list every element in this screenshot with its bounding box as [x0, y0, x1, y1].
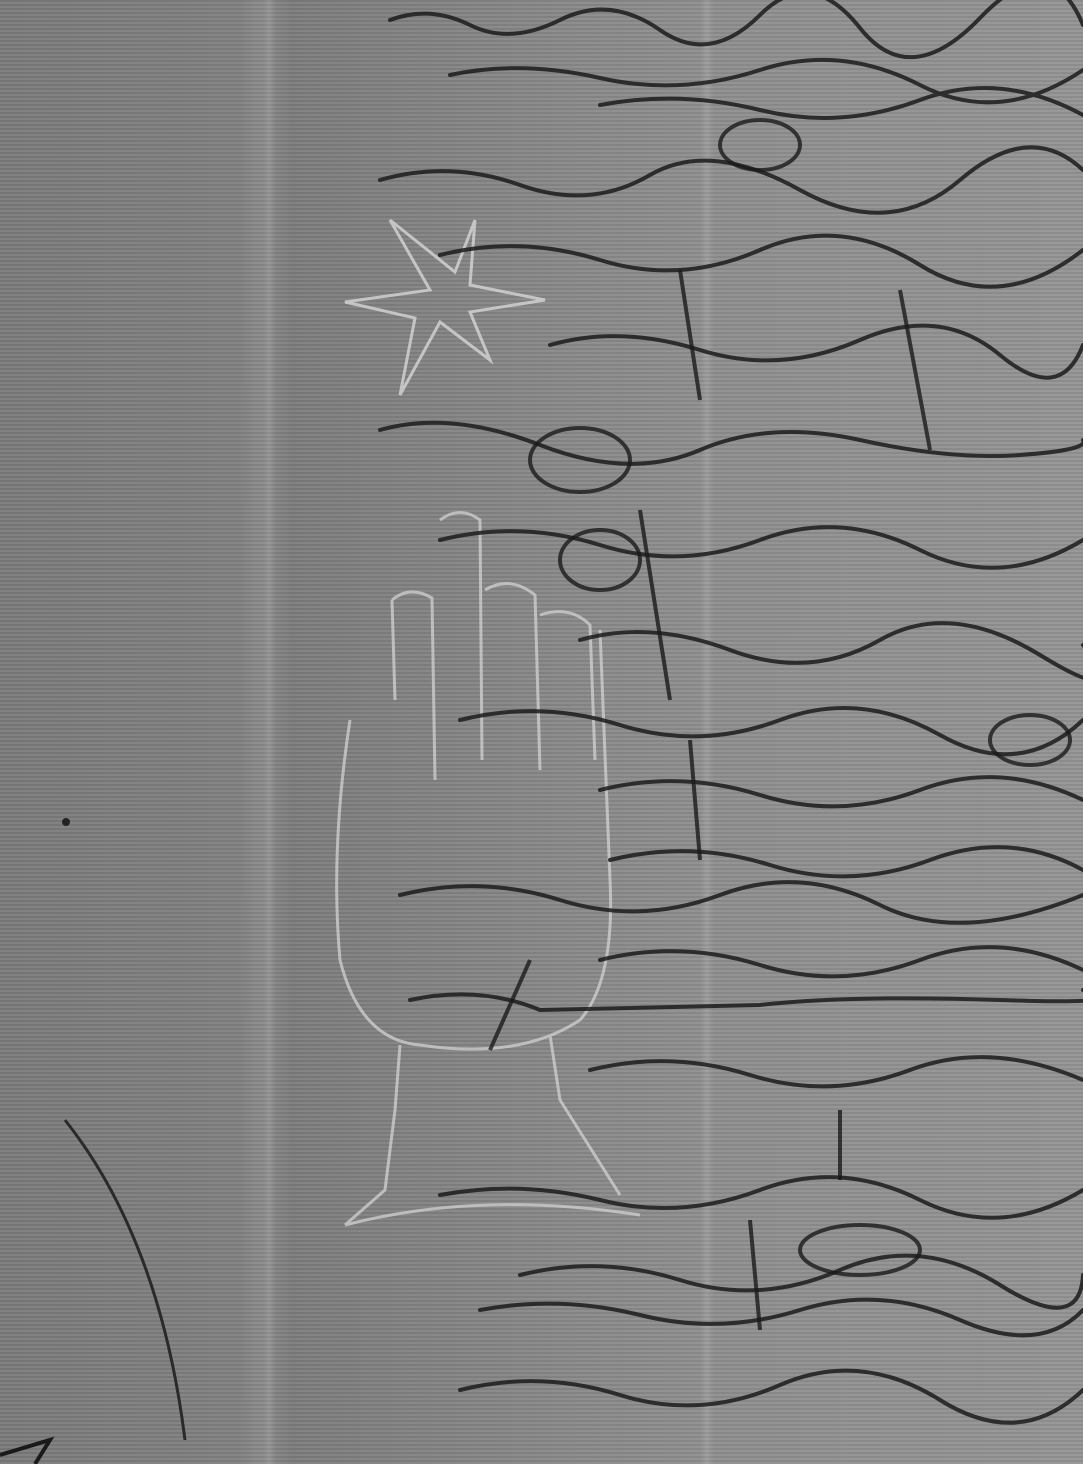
ink-spot — [62, 818, 70, 826]
handwriting-flourishes — [490, 120, 1070, 1330]
margin-arc — [65, 1120, 185, 1440]
watermark-hand-icon — [337, 513, 640, 1226]
margin-stroke — [0, 1440, 50, 1464]
manuscript-artwork — [0, 0, 1083, 1464]
handwriting — [380, 0, 1083, 1423]
